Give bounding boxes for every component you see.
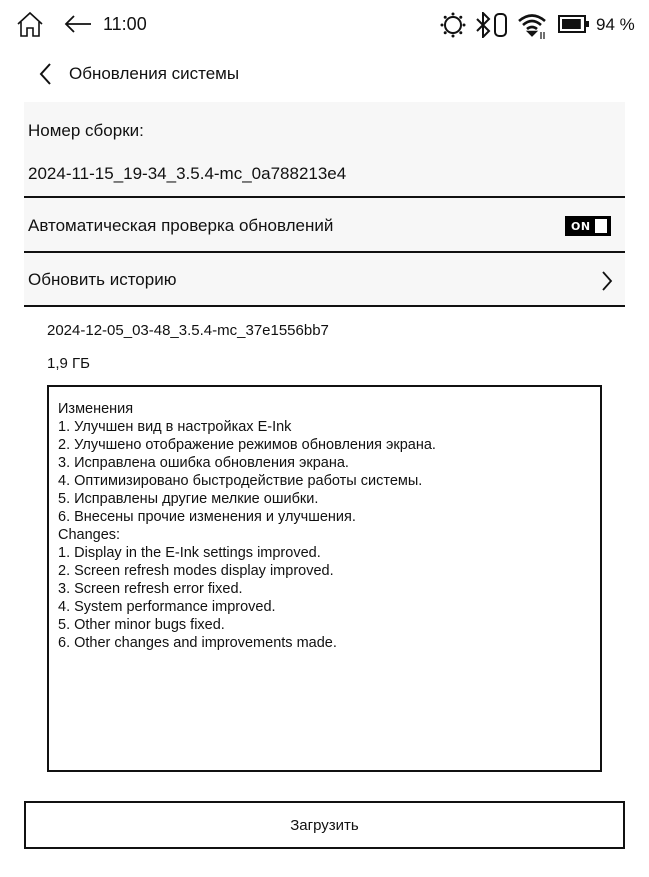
build-number-value: 2024-11-15_19-34_3.5.4-mc_0a788213e4 (28, 164, 346, 184)
changelog-box[interactable]: Изменения1. Улучшен вид в настройках E-I… (47, 385, 602, 772)
toggle-state-text: ON (571, 220, 591, 233)
changelog-line: 5. Исправлены другие мелкие ошибки. (58, 490, 436, 508)
chevron-right-icon (600, 270, 614, 297)
auto-check-label: Автоматическая проверка обновлений (28, 216, 333, 236)
changelog-line: 3. Исправлена ошибка обновления экрана. (58, 454, 436, 472)
back-arrow-icon[interactable] (64, 15, 92, 38)
changelog-line: 2. Screen refresh modes display improved… (58, 562, 436, 580)
changelog-line: 4. Оптимизировано быстродействие работы … (58, 472, 436, 490)
changelog-line: Изменения (58, 400, 436, 418)
changelog-line: 4. System performance improved. (58, 598, 436, 616)
page-header: Обновления системы (0, 52, 649, 96)
changelog-line: Changes: (58, 526, 436, 544)
download-button[interactable]: Загрузить (24, 801, 625, 849)
update-history-label: Обновить историю (28, 270, 176, 290)
chevron-left-icon[interactable] (36, 62, 58, 86)
changelog-line: 3. Screen refresh error fixed. (58, 580, 436, 598)
page-title: Обновления системы (69, 64, 239, 84)
changelog-line: 2. Улучшено отображение режимов обновлен… (58, 436, 436, 454)
update-size: 1,9 ГБ (47, 355, 90, 372)
battery-icon (558, 14, 590, 39)
changelog-line: 5. Other minor bugs fixed. (58, 616, 436, 634)
update-version: 2024-12-05_03-48_3.5.4-mc_37e1556bb7 (47, 322, 329, 339)
changelog-line: 1. Display in the E-Ink settings improve… (58, 544, 436, 562)
divider (24, 196, 625, 198)
frontlight-icon[interactable] (440, 12, 466, 43)
changelog-line: 6. Other changes and improvements made. (58, 634, 436, 652)
wifi-icon[interactable] (517, 12, 549, 45)
settings-panel: Номер сборки: 2024-11-15_19-34_3.5.4-mc_… (24, 102, 625, 307)
toggle-knob (595, 219, 607, 233)
build-number-label: Номер сборки: (28, 121, 144, 141)
changelog-line: 1. Улучшен вид в настройках E-Ink (58, 418, 436, 436)
changelog-list: Изменения1. Улучшен вид в настройках E-I… (58, 400, 436, 652)
status-bar: 11:00 (0, 0, 649, 50)
battery-percent: 94 % (596, 15, 635, 35)
bluetooth-icon[interactable] (475, 12, 509, 43)
clock: 11:00 (103, 14, 147, 35)
auto-check-toggle[interactable]: ON (565, 216, 611, 236)
home-icon[interactable] (16, 11, 44, 43)
update-history-row[interactable]: Обновить историю (24, 253, 625, 306)
changelog-line: 6. Внесены прочие изменения и улучшения. (58, 508, 436, 526)
divider (24, 305, 625, 307)
